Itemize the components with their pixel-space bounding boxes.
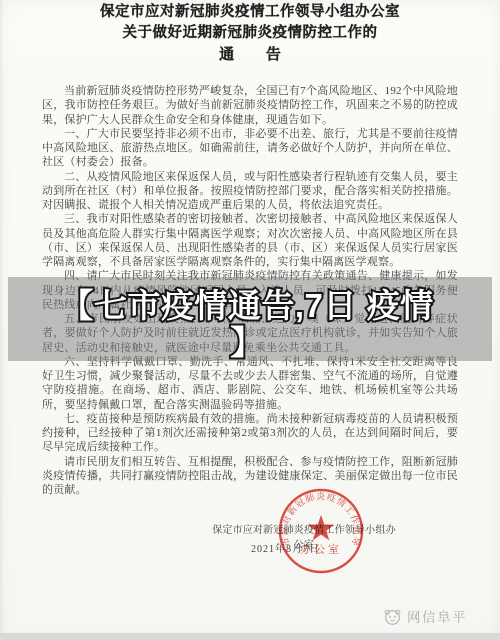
seal-star-icon	[308, 515, 335, 540]
official-seal: 保定市应对新冠肺炎疫情工作领导小组 办公室	[276, 487, 366, 577]
paragraph-item-1: 一、广大市民要坚持非必须不出市，非必要不出差、旅行，尤其是不要前往疫情中高风险地…	[42, 127, 458, 170]
document-photo: 保定市应对新冠肺炎疫情工作领导小组办公室 关于做好近期新冠肺炎疫情防控工作的 通…	[0, 0, 500, 640]
photo-bottom-edge	[0, 633, 500, 640]
credit-text: 网信阜平	[407, 606, 467, 626]
credit-watermark: 网信阜平	[383, 606, 467, 626]
seal-ring-text: 保定市应对新冠肺炎疫情工作领导小组	[276, 487, 363, 548]
paragraph-item-7: 七、疫苗接种是预防疾病最有效的措施。尚未接种新冠病毒疫苗的人员请积极预约接种，已…	[42, 412, 458, 455]
paragraph-item-3: 三、我市对阳性感染者的密切接触者、次密切接触者、中高风险地区来保返保人员及其他高…	[42, 212, 458, 269]
title-line-1: 保定市应对新冠肺炎疫情工作领导小组办公室	[0, 2, 500, 23]
title-line-2: 关于做好近期新冠肺炎疫情防控工作的	[0, 23, 500, 44]
paragraph-intro: 当前新冠肺炎疫情防控形势严峻复杂，全国已有7个高风险地区、192个中风险地区，我…	[42, 84, 458, 127]
watermark-text-line1: 【七市疫情通告,7日 疫情	[60, 287, 433, 324]
paragraph-item-2: 二、从疫情风险地区来保返保人员，或与阳性感染者行程轨迹有交集人员，要主动到所在社…	[42, 170, 458, 213]
panda-logo-icon	[383, 607, 402, 626]
paragraph-closing: 请市民朋友们相互转告、互相提醒，积极配合、参与疫情防控工作，阻断新冠肺炎疫情传播…	[42, 455, 458, 498]
watermark-text-line2: 】	[230, 324, 264, 361]
watermark-overlay: 【七市疫情通告,7日 疫情 】	[0, 270, 500, 365]
document-title: 保定市应对新冠肺炎疫情工作领导小组办公室 关于做好近期新冠肺炎疫情防控工作的 通…	[0, 2, 500, 66]
title-notice-word: 通 告	[0, 44, 500, 66]
seal-office-text: 办公室	[300, 542, 342, 556]
